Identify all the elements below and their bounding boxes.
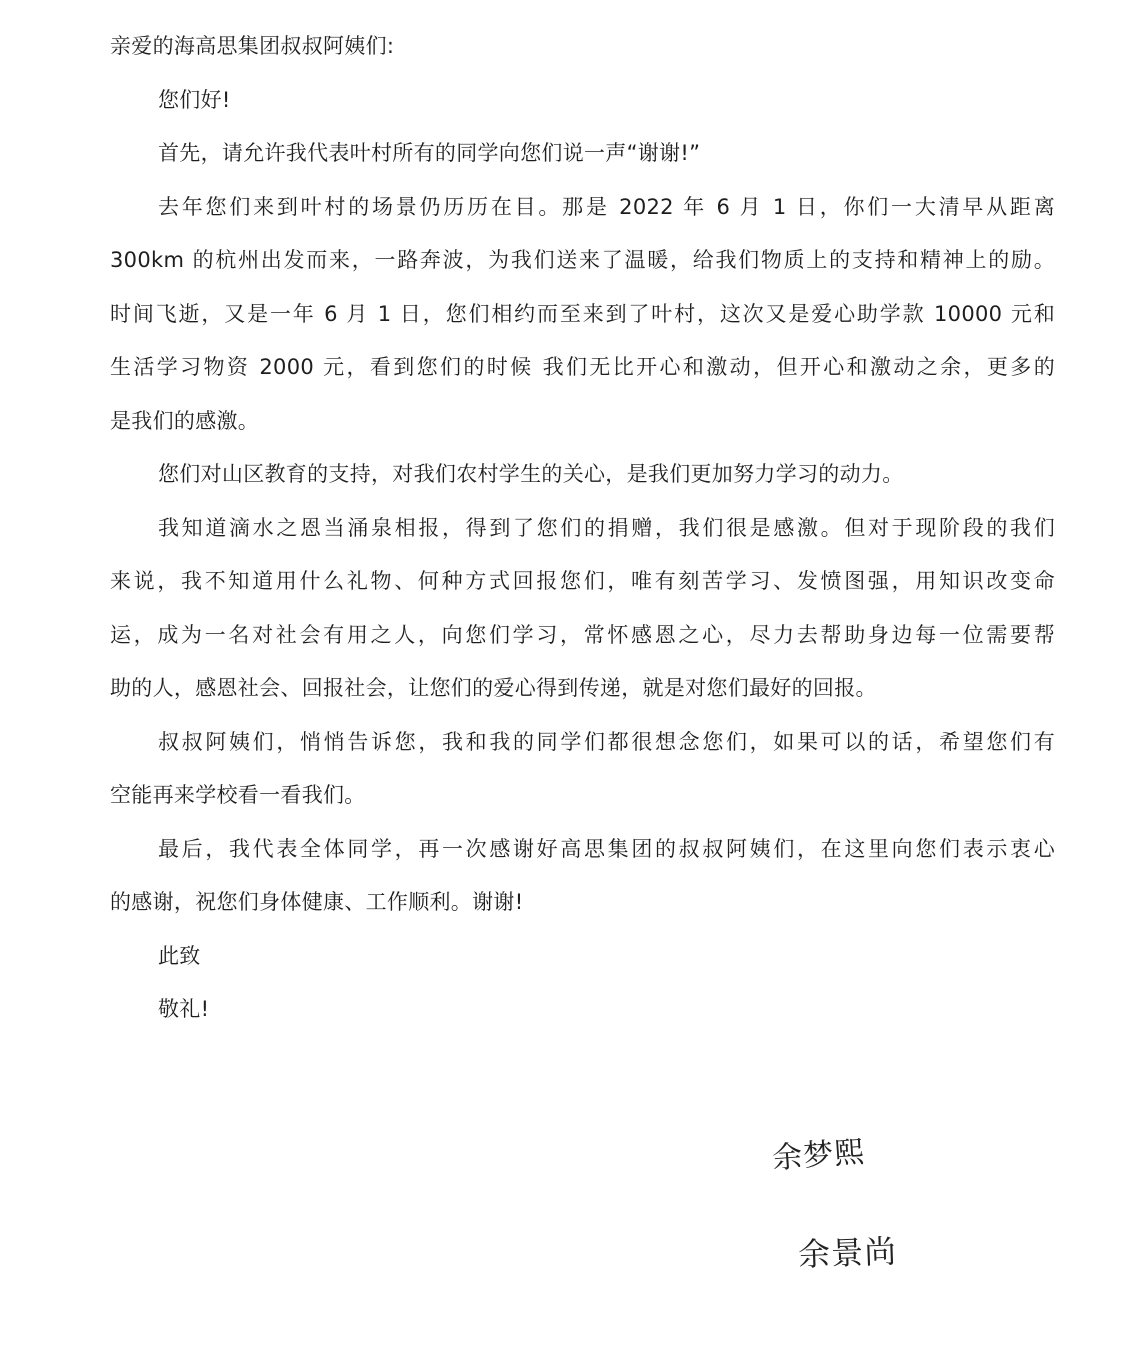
paragraph-miss-you-line-1: 叔叔阿姨们，悄悄告诉您，我和我的同学们都很想念您们，如果可以的话，希望您们有 [110, 716, 1055, 770]
paragraph-last-year-line-3: 时间飞逝，又是一年 6 月 1 日，您们相约而至来到了叶村，这次又是爱心助学款 … [110, 288, 1055, 342]
paragraph-gratitude-line-3: 运，成为一名对社会有用之人，向您们学习，常怀感恩之心，尽力去帮助身边每一位需要帮 [110, 609, 1055, 663]
paragraph-support: 您们对山区教育的支持，对我们农村学生的关心，是我们更加努力学习的动力。 [110, 448, 1055, 502]
paragraph-last-year-line-2: 300km 的杭州出发而来，一路奔波，为我们送来了温暖，给我们物质上的支持和精神… [110, 234, 1055, 288]
paragraph-miss-you-line-2: 空能再来学校看一看我们。 [110, 769, 1055, 823]
paragraph-last-year-line-5: 是我们的感激。 [110, 395, 1055, 449]
paragraph-gratitude-line-4: 助的人，感恩社会、回报社会，让您们的爱心得到传递，就是对您们最好的回报。 [110, 662, 1055, 716]
paragraph-gratitude-line-2: 来说，我不知道用什么礼物、何种方式回报您们，唯有刻苦学习、发愤图强，用知识改变命 [110, 555, 1055, 609]
closing-2: 敬礼! [110, 983, 1055, 1037]
salutation: 亲爱的海高思集团叔叔阿姨们: [110, 20, 1055, 74]
closing-1: 此致 [110, 930, 1055, 984]
paragraph-thanks: 首先，请允许我代表叶村所有的同学向您们说一声“谢谢!” [110, 127, 1055, 181]
paragraph-last-year-line-4: 生活学习物资 2000 元，看到您们的时候 我们无比开心和激动，但开心和激动之余… [110, 341, 1055, 395]
signature-1: 余梦熙 [771, 1127, 867, 1177]
paragraph-final-line-1: 最后，我代表全体同学，再一次感谢好高思集团的叔叔阿姨们，在这里向您们表示衷心 [110, 823, 1055, 877]
paragraph-final-line-2: 的感谢，祝您们身体健康、工作顺利。谢谢! [110, 876, 1055, 930]
paragraph-last-year-line-1: 去年您们来到叶村的场景仍历历在目。那是 2022 年 6 月 1 日，你们一大清… [110, 181, 1055, 235]
letter-body: 亲爱的海高思集团叔叔阿姨们: 您们好! 首先，请允许我代表叶村所有的同学向您们说… [110, 20, 1055, 1037]
greeting: 您们好! [110, 74, 1055, 128]
paragraph-gratitude-line-1: 我知道滴水之恩当涌泉相报，得到了您们的捐赠，我们很是感激。但对于现阶段的我们 [110, 502, 1055, 556]
signature-2: 余景尚 [797, 1226, 898, 1275]
